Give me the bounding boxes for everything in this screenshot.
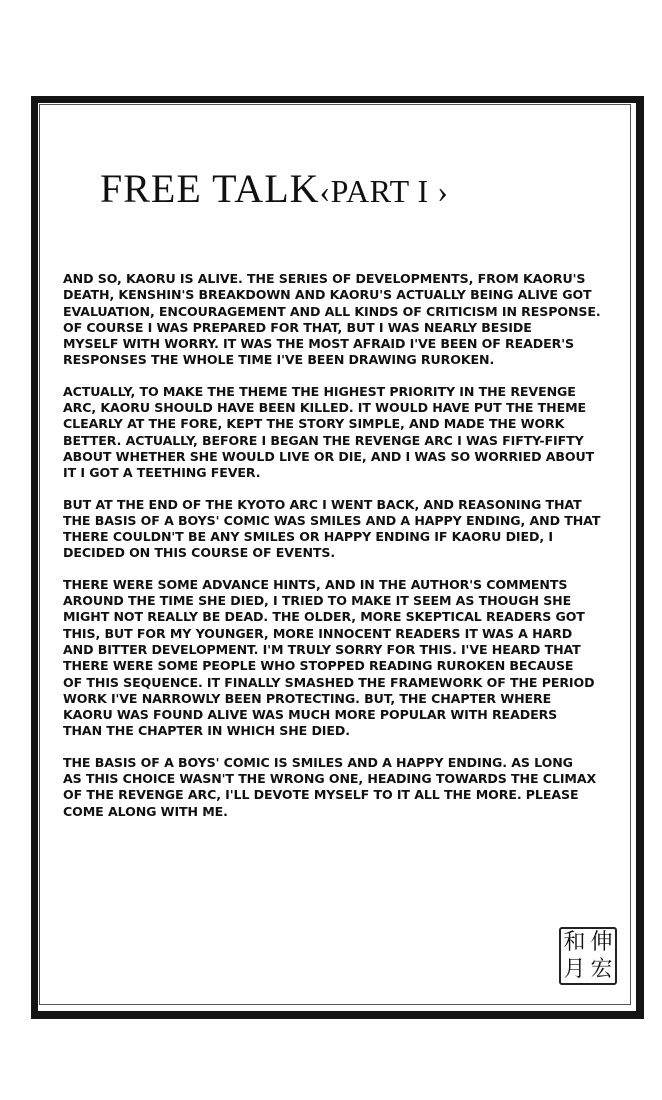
text-line: OF THIS SEQUENCE. IT FINALLY SMASHED THE… — [63, 675, 625, 691]
text-line: THERE WERE SOME PEOPLE WHO STOPPED READI… — [63, 658, 625, 674]
text-line: OF COURSE I WAS PREPARED FOR THAT, BUT I… — [63, 320, 625, 336]
text-line: AND BITTER DEVELOPMENT. I'M TRULY SORRY … — [63, 642, 625, 658]
text-line: AROUND THE TIME SHE DIED, I TRIED TO MAK… — [63, 593, 625, 609]
text-line: MYSELF WITH WORRY. IT WAS THE MOST AFRAI… — [63, 336, 625, 352]
text-line: DECIDED ON THIS COURSE OF EVENTS. — [63, 545, 625, 561]
text-line: THE BASIS OF A BOYS' COMIC IS SMILES AND… — [63, 755, 625, 771]
text-line: THIS, BUT FOR MY YOUNGER, MORE INNOCENT … — [63, 626, 625, 642]
title-part: ‹PART I › — [320, 173, 449, 209]
paragraph: THE BASIS OF A BOYS' COMIC IS SMILES AND… — [63, 755, 625, 820]
seal-char: 和 — [563, 932, 585, 954]
free-talk-body: AND SO, KAORU IS ALIVE. THE SERIES OF DE… — [63, 271, 625, 835]
text-line: AS THIS CHOICE WASN'T THE WRONG ONE, HEA… — [63, 771, 625, 787]
author-seal-stamp: 和 伸 月 宏 — [559, 927, 617, 985]
seal-char: 宏 — [590, 959, 612, 981]
text-line: COME ALONG WITH ME. — [63, 804, 625, 820]
title-main: FREE TALK — [100, 166, 320, 211]
text-line: ARC, KAORU SHOULD HAVE BEEN KILLED. IT W… — [63, 400, 625, 416]
paragraph: ACTUALLY, TO MAKE THE THEME THE HIGHEST … — [63, 384, 625, 482]
text-line: KAORU WAS FOUND ALIVE WAS MUCH MORE POPU… — [63, 707, 625, 723]
paragraph: BUT AT THE END OF THE KYOTO ARC I WENT B… — [63, 497, 625, 562]
paragraph: THERE WERE SOME ADVANCE HINTS, AND IN TH… — [63, 577, 625, 740]
text-line: THERE COULDN'T BE ANY SMILES OR HAPPY EN… — [63, 529, 625, 545]
text-line: THE BASIS OF A BOYS' COMIC WAS SMILES AN… — [63, 513, 625, 529]
text-line: THAN THE CHAPTER IN WHICH SHE DIED. — [63, 723, 625, 739]
text-line: OF THE REVENGE ARC, I'LL DEVOTE MYSELF T… — [63, 787, 625, 803]
text-line: BUT AT THE END OF THE KYOTO ARC I WENT B… — [63, 497, 625, 513]
paragraph: AND SO, KAORU IS ALIVE. THE SERIES OF DE… — [63, 271, 625, 369]
text-line: ACTUALLY, TO MAKE THE THEME THE HIGHEST … — [63, 384, 625, 400]
text-line: RESPONSES THE WHOLE TIME I'VE BEEN DRAWI… — [63, 352, 625, 368]
page-title: FREE TALK‹PART I › — [100, 165, 600, 212]
text-line: THERE WERE SOME ADVANCE HINTS, AND IN TH… — [63, 577, 625, 593]
seal-char: 伸 — [590, 932, 612, 954]
text-line: AND SO, KAORU IS ALIVE. THE SERIES OF DE… — [63, 271, 625, 287]
text-line: MIGHT NOT REALLY BE DEAD. THE OLDER, MOR… — [63, 609, 625, 625]
text-line: EVALUATION, ENCOURAGEMENT AND ALL KINDS … — [63, 304, 625, 320]
page-frame: FREE TALK‹PART I › AND SO, KAORU IS ALIV… — [31, 96, 644, 1019]
seal-char: 月 — [563, 959, 585, 981]
text-line: ABOUT WHETHER SHE WOULD LIVE OR DIE, AND… — [63, 449, 625, 465]
text-line: DEATH, KENSHIN'S BREAKDOWN AND KAORU'S A… — [63, 287, 625, 303]
text-line: BETTER. ACTUALLY, BEFORE I BEGAN THE REV… — [63, 433, 625, 449]
text-line: WORK I'VE NARROWLY BEEN PROTECTING. BUT,… — [63, 691, 625, 707]
text-line: IT I GOT A TEETHING FEVER. — [63, 465, 625, 481]
text-line: CLEARLY AT THE FORE, KEPT THE STORY SIMP… — [63, 416, 625, 432]
